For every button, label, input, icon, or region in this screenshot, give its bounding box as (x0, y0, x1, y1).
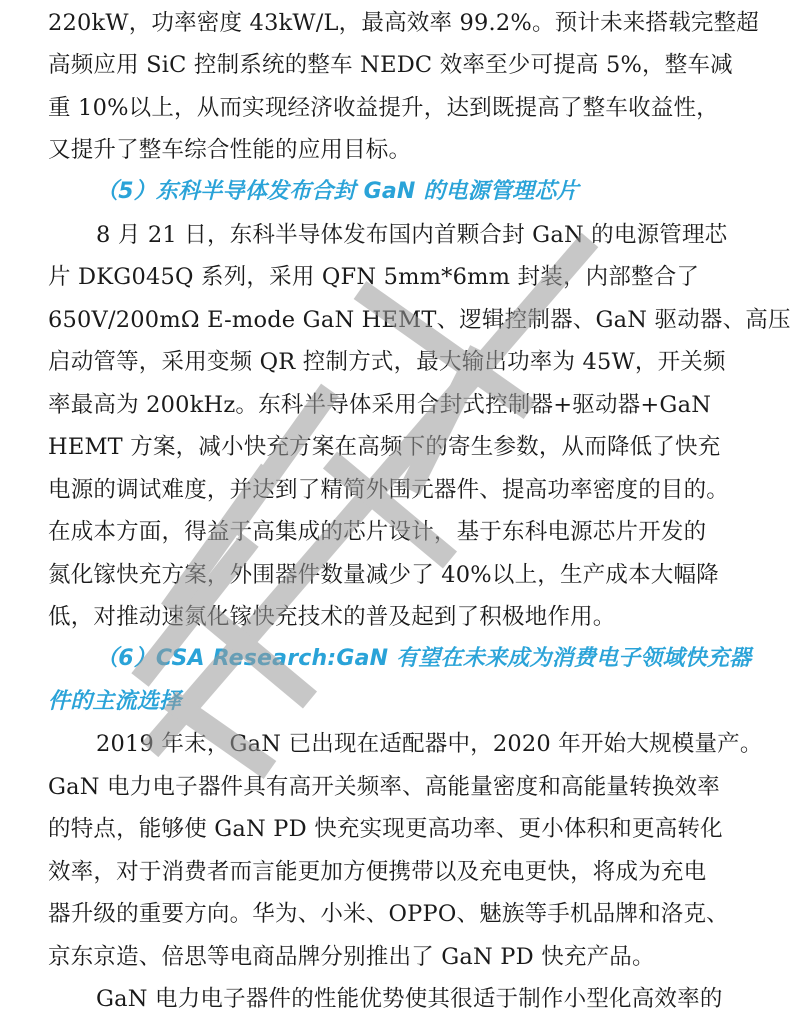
body-line: 器升级的重要方向。华为、小米、OPPO、魅族等手机品牌和洛克、 (48, 899, 753, 929)
body-line: 低，对推动速氮化镓快充技术的普及起到了积极地作用。 (48, 602, 753, 632)
body-line: 220kW，功率密度 43kW/L，最高效率 99.2%。预计未来搭载完整超 (48, 8, 753, 38)
body-line: 又提升了整车综合性能的应用目标。 (48, 135, 753, 165)
body-line: 8 月 21 日，东科半导体发布国内首颗合封 GaN 的电源管理芯 (48, 220, 800, 250)
body-line: 京东京造、倍思等电商品牌分别推出了 GaN PD 快充产品。 (48, 942, 753, 972)
body-line: 的特点，能够使 GaN PD 快充实现更高功率、更小体积和更高转化 (48, 814, 753, 844)
body-line: 启动管等，采用变频 QR 控制方式，最大输出功率为 45W，开关频 (48, 347, 753, 377)
body-line: 2019 年末，GaN 已出现在适配器中，2020 年开始大规模量产。 (48, 729, 800, 759)
body-line: GaN 电力电子器件具有高开关频率、高能量密度和高能量转换效率 (48, 772, 753, 802)
section-heading-6: （6）CSA Research:GaN 有望在未来成为消费电子领域快充器 (48, 644, 800, 674)
body-line: 650V/200mΩ E-mode GaN HEMT、逻辑控制器、GaN 驱动器… (48, 305, 753, 335)
body-line: GaN 电力电子器件的性能优势使其很适于制作小型化高效率的 (48, 984, 800, 1011)
section-heading-5: （5）东科半导体发布合封 GaN 的电源管理芯片 (48, 177, 800, 207)
body-line: 效率，对于消费者而言能更加方便携带以及充电更快，将成为充电 (48, 857, 753, 887)
body-line: 片 DKG045Q 系列，采用 QFN 5mm*6mm 封装，内部整合了 (48, 262, 753, 292)
body-line: 电源的调试难度，并达到了精简外围元器件、提高功率密度的目的。 (48, 475, 753, 505)
body-line: 重 10%以上，从而实现经济收益提升，达到既提高了整车收益性， (48, 93, 753, 123)
body-line: 氮化镓快充方案，外围器件数量减少了 40%以上，生产成本大幅降 (48, 560, 753, 590)
body-line: 高频应用 SiC 控制系统的整车 NEDC 效率至少可提高 5%，整车减 (48, 50, 753, 80)
section-heading-6-cont: 件的主流选择 (48, 687, 753, 717)
body-line: 在成本方面，得益于高集成的芯片设计，基于东科电源芯片开发的 (48, 517, 753, 547)
body-line: HEMT 方案，减小快充方案在高频下的寄生参数，从而降低了快充 (48, 432, 753, 462)
body-line: 率最高为 200kHz。东科半导体采用合封式控制器+驱动器+GaN (48, 390, 753, 420)
